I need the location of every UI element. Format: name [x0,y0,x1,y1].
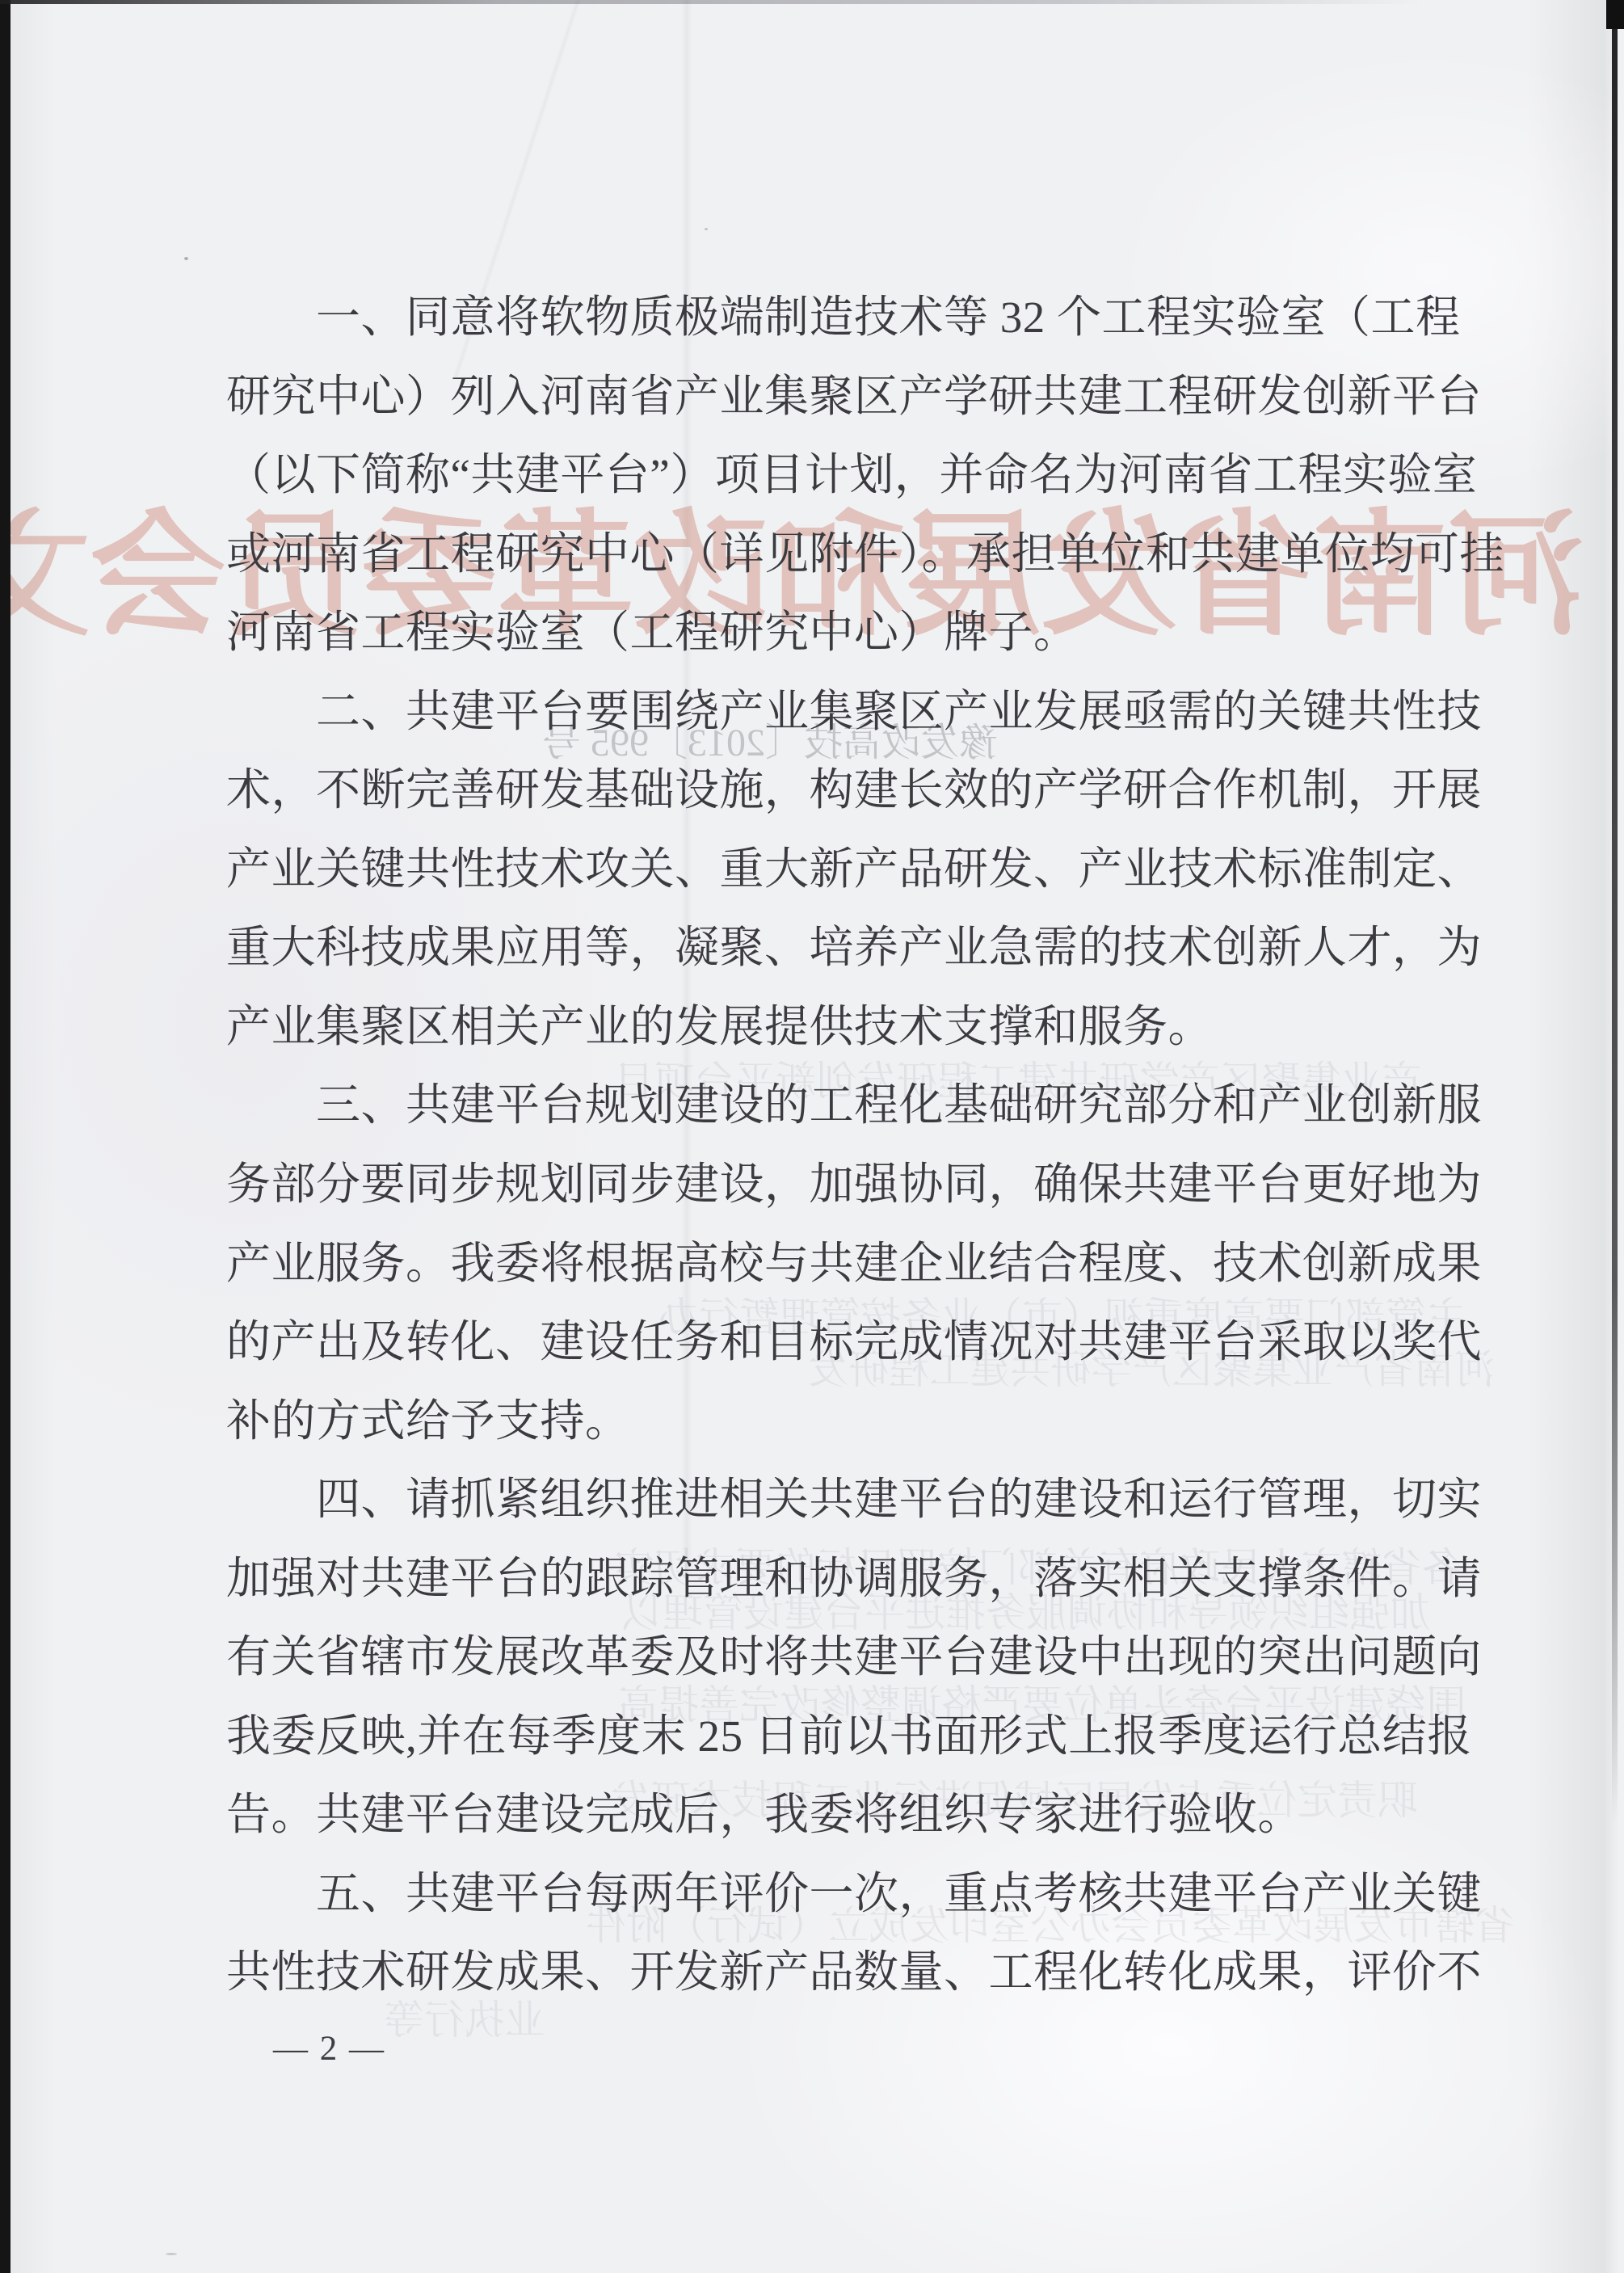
paragraph: 三、共建平台规划建设的工程化基础研究部分和产业创新服务部分要同步规划同步建设，加… [226,1066,1395,1460]
paragraph: 四、请抓紧组织推进相关共建平台的建设和运行管理，切实加强对共建平台的跟踪管理和协… [226,1460,1395,1854]
document-line: 河南省工程实验室（工程研究中心）牌子。 [226,593,1395,672]
document-line: 的产出及转化、建设任务和目标完成情况对共建平台采取以奖代 [226,1303,1395,1382]
document-body: 一、同意将软物质极端制造技术等 32 个工程实验室（工程研究中心）列入河南省产业… [226,278,1395,2012]
document-line: 产业关键共性技术攻关、重大新产品研发、产业技术标准制定、 [226,830,1395,909]
scan-edge-top [0,0,1422,4]
scan-corner-top-right [1606,0,1624,29]
document-line: 产业服务。我委将根据高校与共建企业结合程度、技术创新成果 [226,1224,1395,1303]
document-line: 三、共建平台规划建设的工程化基础研究部分和产业创新服 [226,1066,1395,1145]
paragraph: 二、共建平台要围绕产业集聚区产业发展亟需的关键共性技术，不断完善研发基础设施，构… [226,672,1395,1067]
document-line: 告。共建平台建设完成后，我委将组织专家进行验收。 [226,1775,1395,1854]
dust-speck [166,2253,177,2255]
document-line: 或河南省工程研究中心（详见附件）。承担单位和共建单位均可挂 [226,515,1395,594]
scan-edge-left [0,0,11,2273]
paragraph: 一、同意将软物质极端制造技术等 32 个工程实验室（工程研究中心）列入河南省产业… [226,278,1395,672]
page-number: — 2 — [273,2025,483,2073]
document-line: 共性技术研发成果、开发新产品数量、工程化转化成果，评价不 [226,1933,1395,2012]
dust-speck [184,257,188,260]
document-line: 务部分要同步规划同步建设，加强协同，确保共建平台更好地为 [226,1145,1395,1224]
document-line: 五、共建平台每两年评价一次，重点考核共建平台产业关键 [226,1854,1395,1934]
document-line: 我委反映,并在每季度末 25 日前以书面形式上报季度运行总结报 [226,1697,1395,1776]
dust-speck [705,228,708,230]
document-line: 一、同意将软物质极端制造技术等 32 个工程实验室（工程 [226,278,1395,357]
document-line: 重大科技成果应用等，凝聚、培养产业急需的技术创新人才，为 [226,908,1395,987]
paragraph: 五、共建平台每两年评价一次，重点考核共建平台产业关键共性技术研发成果、开发新产品… [226,1854,1395,2012]
document-line: 研究中心）列入河南省产业集聚区产学研共建工程研发创新平台 [226,357,1395,436]
document-line: 有关省辖市发展改革委及时将共建平台建设中出现的突出问题向 [226,1618,1395,1697]
document-line: 二、共建平台要围绕产业集聚区产业发展亟需的关键共性技 [226,672,1395,751]
document-line: 产业集聚区相关产业的发展提供技术支撑和服务。 [226,987,1395,1067]
document-line: 术，不断完善研发基础设施，构建长效的产学研合作机制，开展 [226,751,1395,830]
document-line: 补的方式给予支持。 [226,1382,1395,1461]
document-line: （以下简称“共建平台”）项目计划，并命名为河南省工程实验室 [226,436,1395,515]
scan-edge-right [1612,21,1618,1823]
document-line: 加强对共建平台的跟踪管理和协调服务，落实相关支撑条件。请 [226,1539,1395,1618]
document-line: 四、请抓紧组织推进相关共建平台的建设和运行管理，切实 [226,1460,1395,1539]
scanned-page: 河南省发展和改革委员会文件豫发改高技〔2013〕995 号产业集聚区产学研共建工… [0,0,1624,2273]
